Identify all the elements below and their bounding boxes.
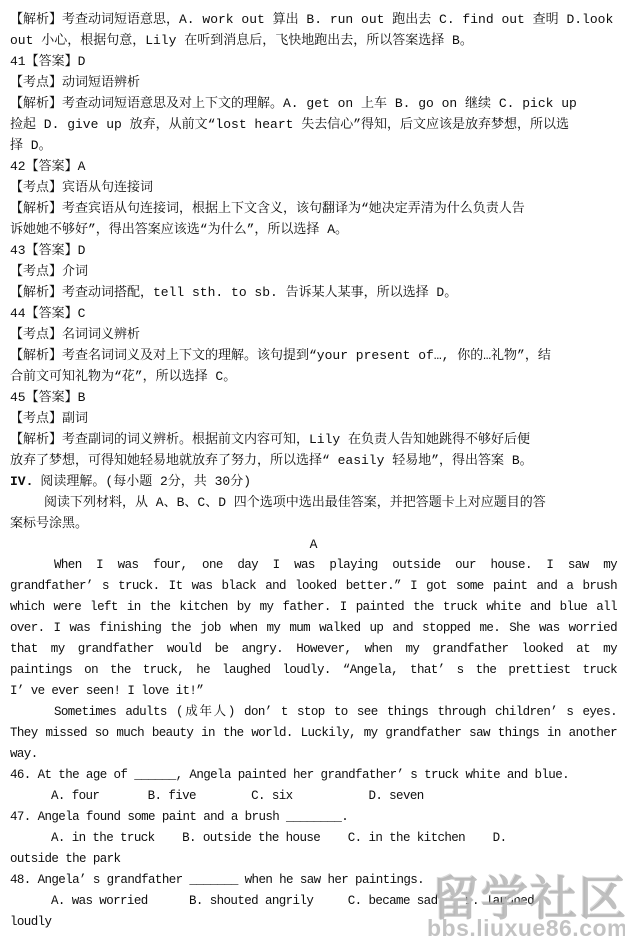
passage-line: They missed so much beauty in the world.… [10, 723, 617, 744]
answer-line-44: 44【答案】C [10, 303, 617, 324]
point-line-42: 【考点】宾语从句连接词 [10, 177, 617, 198]
question-options-48-overflow: loudly [10, 912, 617, 933]
analysis-line: 放弃了梦想，可得知她轻易地就放弃了努力，所以选择“ easily 轻易地”，得出… [10, 450, 617, 471]
text-line: out 小心，根据句意，Lily 在听到消息后，飞快地跑出去，所以答案选择 B。 [10, 30, 617, 51]
analysis-line: 合前文可知礼物为“花”，所以选择 C。 [10, 366, 617, 387]
section-heading: IV.阅读理解。(每小题 2分，共 30分) [10, 471, 617, 492]
answer-line-45: 45【答案】B [10, 387, 617, 408]
document-page: 【解析】考查动词短语意思，A. work out 算出 B. run out 跑… [0, 0, 625, 948]
question-options-47: A. in the truck B. outside the house C. … [10, 828, 617, 849]
question-stem-47: 47. Angela found some paint and a brush … [10, 807, 617, 828]
passage-line: which were left in the kitchen by my fat… [10, 597, 617, 618]
passage-line: I’ ve ever seen! I love it!” [10, 681, 617, 702]
point-line-45: 【考点】副词 [10, 408, 617, 429]
analysis-line: 【解析】考查动词搭配，tell sth. to sb. 告诉某人某事，所以选择 … [10, 282, 617, 303]
analysis-line: 【解析】考查动词短语意思及对上下文的理解。A. get on 上车 B. go … [10, 93, 617, 114]
answer-line-41: 41【答案】D [10, 51, 617, 72]
passage-line: When I was four, one day I was playing o… [10, 555, 617, 576]
analysis-line: 【解析】考查副词的词义辨析。根据前文内容可知，Lily 在负责人告知她跳得不够好… [10, 429, 617, 450]
question-stem-48: 48. Angela’ s grandfather _______ when h… [10, 870, 617, 891]
text-line: 【解析】考查动词短语意思，A. work out 算出 B. run out 跑… [10, 9, 617, 30]
question-options-47-overflow: outside the park [10, 849, 617, 870]
instructions-line: 阅读下列材料，从 A、B、C、D 四个选项中选出最佳答案，并把答题卡上对应题目的… [10, 492, 617, 513]
question-stem-46: 46. At the age of ______, Angela painted… [10, 765, 617, 786]
point-line-44: 【考点】名词词义辨析 [10, 324, 617, 345]
analysis-line: 【解析】考查名词词义及对上下文的理解。该句提到“your present of…… [10, 345, 617, 366]
section-number: IV. [10, 474, 33, 489]
analysis-line: 捡起 D. give up 放弃，从前文“lost heart 失去信心”得知，… [10, 114, 617, 135]
analysis-line: 择 D。 [10, 135, 617, 156]
instructions-line: 案标号涂黑。 [10, 513, 617, 534]
passage-line: way. [10, 744, 617, 765]
question-options-48: A. was worried B. shouted angrily C. bec… [10, 891, 617, 912]
analysis-line: 诉她她不够好”，得出答案应该选“为什么”，所以选择 A。 [10, 219, 617, 240]
answer-line-42: 42【答案】A [10, 156, 617, 177]
section-title: 阅读理解。(每小题 2分，共 30分) [40, 474, 251, 489]
point-line-41: 【考点】动词短语辨析 [10, 72, 617, 93]
passage-line: that my grandfather would be angry. Howe… [10, 639, 617, 660]
passage-line: paintings on the truck, he laughed loudl… [10, 660, 617, 681]
point-line-43: 【考点】介词 [10, 261, 617, 282]
passage-line: over. I was finishing the job when my mu… [10, 618, 617, 639]
question-options-46: A. four B. five C. six D. seven [10, 786, 617, 807]
passage-label: A [10, 534, 617, 555]
analysis-line: 【解析】考查宾语从句连接词，根据上下文含义，该句翻译为“她决定弄清为什么负责人告 [10, 198, 617, 219]
answer-line-43: 43【答案】D [10, 240, 617, 261]
passage-line: grandfather’ s truck. It was black and l… [10, 576, 617, 597]
passage-line: Sometimes adults (成年人) don’ t stop to se… [10, 702, 617, 723]
